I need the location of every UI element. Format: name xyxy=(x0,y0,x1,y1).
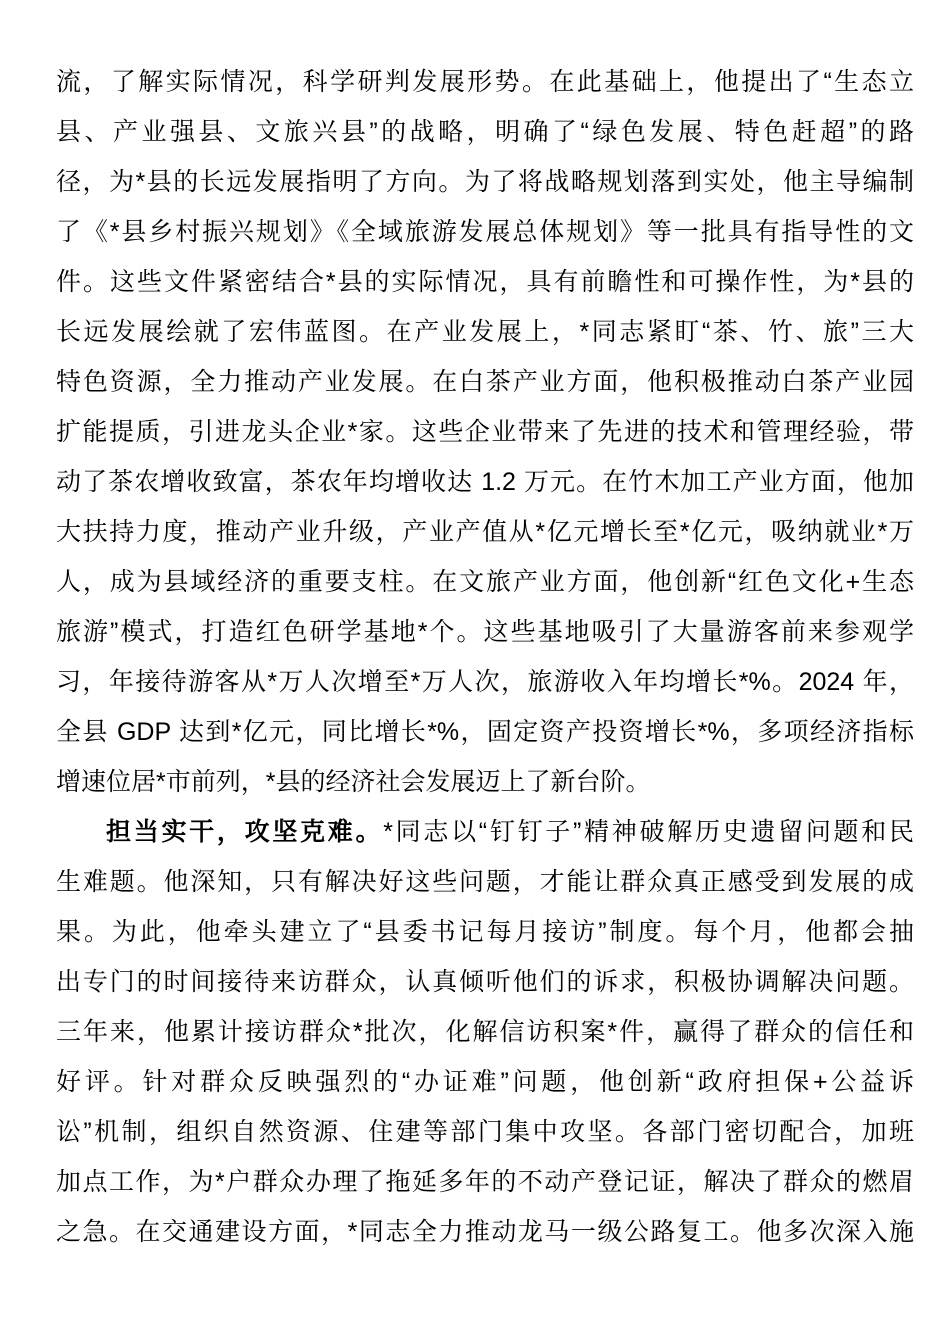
paragraph-first-line: 担当实干，攻坚克难。*同志以“钉钉子”精神破解历史遗留问题和民 xyxy=(56,807,914,857)
text-line: 件。这些文件紧密结合*县的实际情况，具有前瞻性和可操作性，为*县的 xyxy=(56,257,914,307)
text-line: 之急。在交通建设方面，*同志全力推动龙马一级公路复工。他多次深入施 xyxy=(56,1207,914,1257)
text-line: 扩能提质，引进龙头企业*家。这些企业带来了先进的技术和管理经验，带 xyxy=(56,407,914,457)
text-line: 县、产业强县、文旅兴县”的战略，明确了“绿色发展、特色赶超”的路 xyxy=(56,107,914,157)
text-line: 长远发展绘就了宏伟蓝图。在产业发展上，*同志紧盯“茶、竹、旅”三大 xyxy=(56,307,914,357)
text-line: 加点工作，为*户群众办理了拖延多年的不动产登记证，解决了群众的燃眉 xyxy=(56,1157,914,1207)
text-line: 特色资源，全力推动产业发展。在白茶产业方面，他积极推动白茶产业园 xyxy=(56,357,914,407)
text-line: 出专门的时间接待来访群众，认真倾听他们的诉求，积极协调解决问题。 xyxy=(56,957,914,1007)
text-line: 流，了解实际情况，科学研判发展形势。在此基础上，他提出了“生态立 xyxy=(56,57,914,107)
text-line: 了《*县乡村振兴规划》《全域旅游发展总体规划》等一批具有指导性的文 xyxy=(56,207,914,257)
text-line: 动了茶农增收致富，茶农年均增收达 1.2 万元。在竹木加工产业方面，他加 xyxy=(56,457,914,507)
text-line: 果。为此，他牵头建立了“县委书记每月接访”制度。每个月，他都会抽 xyxy=(56,907,914,957)
text-line: 讼”机制，组织自然资源、住建等部门集中攻坚。各部门密切配合，加班 xyxy=(56,1107,914,1157)
text-line: 人，成为县域经济的重要支柱。在文旅产业方面，他创新“红色文化+生态 xyxy=(56,557,914,607)
text-line: 增速位居*市前列，*县的经济社会发展迈上了新台阶。 xyxy=(56,757,914,807)
text-line: 旅游”模式，打造红色研学基地*个。这些基地吸引了大量游客前来参观学 xyxy=(56,607,914,657)
body-text: 流，了解实际情况，科学研判发展形势。在此基础上，他提出了“生态立 县、产业强县、… xyxy=(56,57,914,1257)
text-run: *同志以“钉钉子”精神破解历史遗留问题和民 xyxy=(383,818,914,846)
text-line: 三年来，他累计接访群众*批次，化解信访积案*件，赢得了群众的信任和 xyxy=(56,1007,914,1057)
text-line: 好评。针对群众反映强烈的“办证难”问题，他创新“政府担保+公益诉 xyxy=(56,1057,914,1107)
text-line: 习，年接待游客从*万人次增至*万人次，旅游收入年均增长*%。2024 年， xyxy=(56,657,914,707)
section-heading-bold: 担当实干，攻坚克难。 xyxy=(106,818,383,846)
document-page: 流，了解实际情况，科学研判发展形势。在此基础上，他提出了“生态立 县、产业强县、… xyxy=(0,0,950,1344)
text-line: 生难题。他深知，只有解决好这些问题，才能让群众真正感受到发展的成 xyxy=(56,857,914,907)
text-line: 全县 GDP 达到*亿元，同比增长*%，固定资产投资增长*%，多项经济指标 xyxy=(56,707,914,757)
text-line: 径，为*县的长远发展指明了方向。为了将战略规划落到实处，他主导编制 xyxy=(56,157,914,207)
text-line: 大扶持力度，推动产业升级，产业产值从*亿元增长至*亿元，吸纳就业*万 xyxy=(56,507,914,557)
